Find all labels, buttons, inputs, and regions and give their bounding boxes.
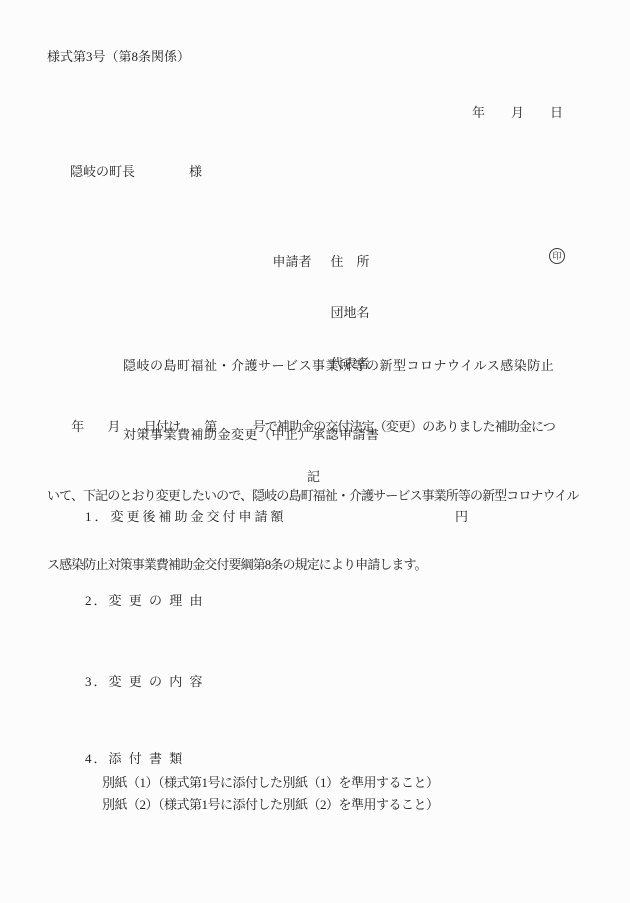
seal-mark-icon: 印 <box>549 248 565 264</box>
applicant-row-address: 申請者住 所 <box>253 240 370 261</box>
applicant-label: 申請者 <box>273 254 312 269</box>
attachment-note-2: 別紙（2）（様式第1号に添付した別紙（2）を準用すること） <box>102 798 439 813</box>
item-1-amount: 1．変更後補助金交付申請額 <box>85 510 287 525</box>
addressee-name: 隠岐の町長 <box>70 164 135 179</box>
item-1-unit-yen: 円 <box>455 510 468 525</box>
record-marker: 記 <box>307 470 320 485</box>
addressee-line: 隠岐の町長様 <box>57 150 202 195</box>
body-line2: いて、下記のとおり変更したいので、隠岐の島町福祉・介護サービス事業所等の新型コロ… <box>47 484 579 507</box>
item-2-reason: 2．変 更 の 理 由 <box>85 594 205 609</box>
attachment-note-1: 別紙（1）（様式第1号に添付した別紙（1）を準用すること） <box>102 776 439 791</box>
date-line: 年 月 日 <box>472 106 563 121</box>
item-3-content: 3．変 更 の 内 容 <box>85 675 205 690</box>
addressee-honorific: 様 <box>189 164 202 179</box>
body-line1: 年 月 日付け 第 号で補助金の交付決定（変更）のありました補助金につ <box>47 415 579 438</box>
body-paragraph: 年 月 日付け 第 号で補助金の交付決定（変更）のありました補助金につ いて、下… <box>47 369 579 622</box>
body-line3: ス感染防止対策事業費補助金交付要綱第8条の規定により申請します。 <box>47 553 579 576</box>
form-number: 様式第3号（第8条関係） <box>47 50 190 65</box>
seal-char: 印 <box>552 252 561 261</box>
item-4-documents: 4．添 付 書 類 <box>85 752 184 767</box>
document-page: 様式第3号（第8条関係） 年 月 日 隠岐の町長様 申請者住 所 団地名 代表者… <box>0 0 630 903</box>
applicant-address-label: 住 所 <box>331 254 370 269</box>
